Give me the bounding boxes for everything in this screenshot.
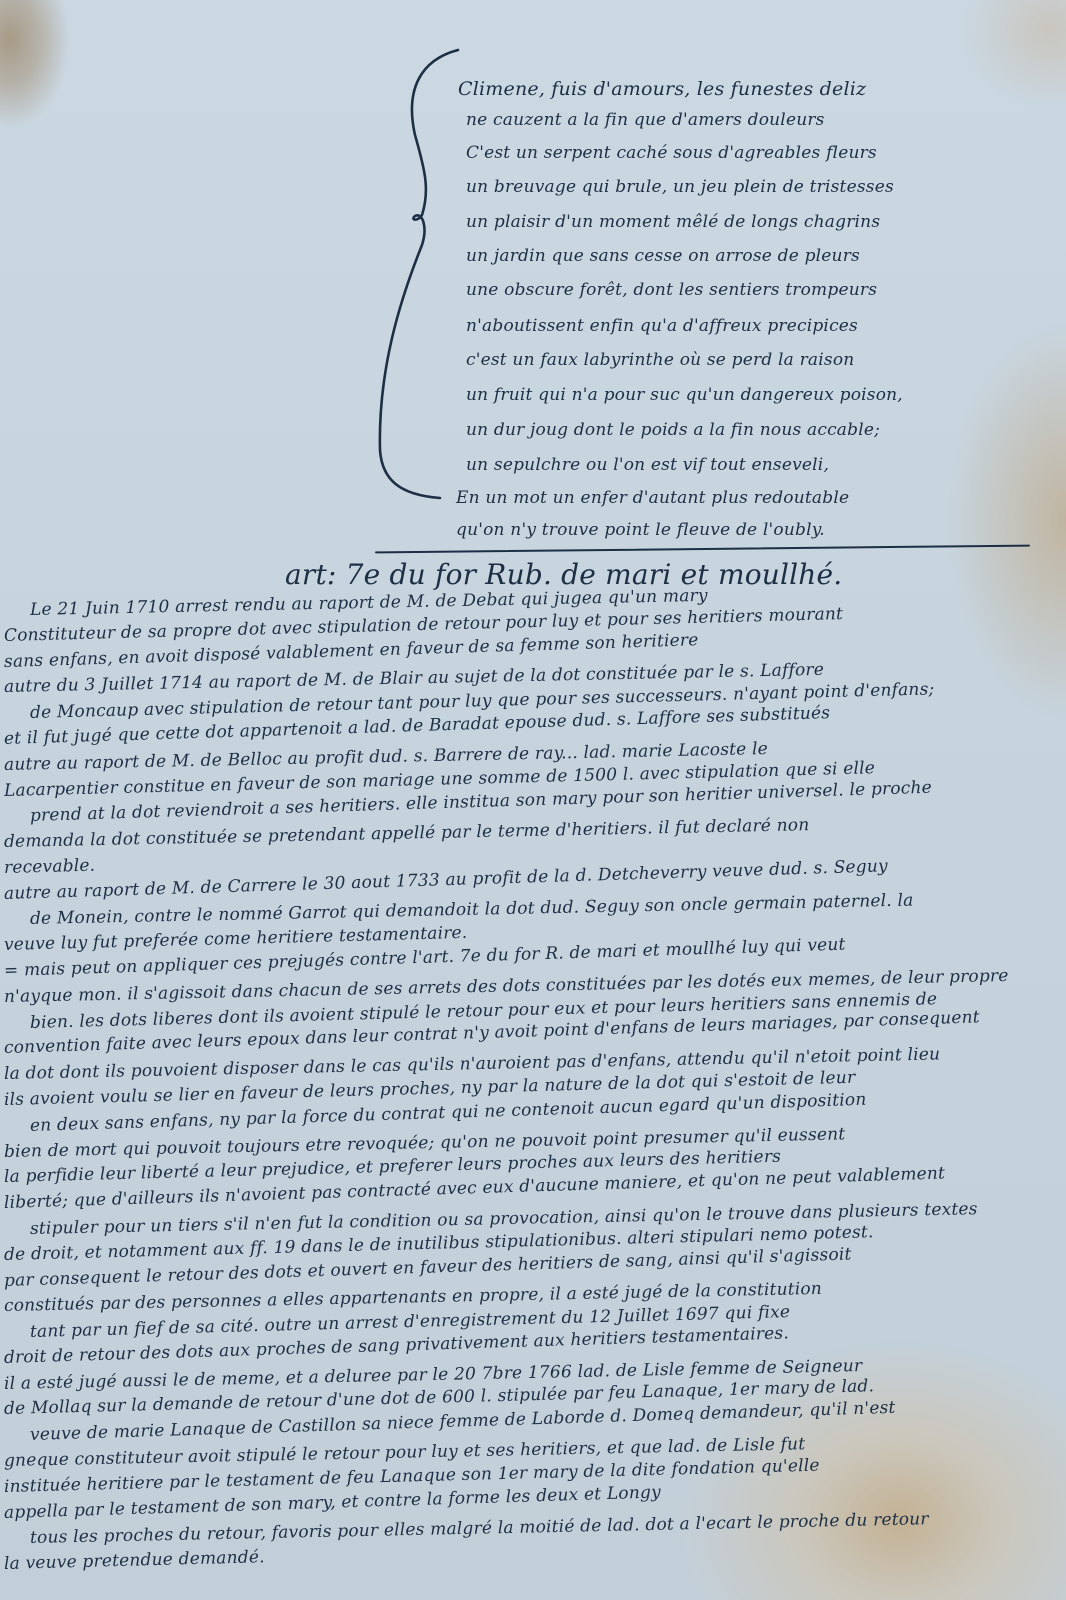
poem-line: une obscure forêt, dont les sentiers tro… xyxy=(466,280,877,300)
poem-line: C'est un serpent caché sous d'agreables … xyxy=(466,143,877,163)
poem-line: Climene, fuis d'amours, les funestes del… xyxy=(458,78,866,100)
poem-line: un plaisir d'un moment mêlé de longs cha… xyxy=(466,212,880,232)
poem-line: un breuvage qui brule, un jeu plein de t… xyxy=(466,177,894,197)
poem-line: qu'on n'y trouve point le fleuve de l'ou… xyxy=(456,520,825,540)
poem-line: ne cauzent a la fin que d'amers douleurs xyxy=(466,110,825,130)
poem-line: un dur joug dont le poids a la fin nous … xyxy=(466,420,880,440)
manuscript-page: Climene, fuis d'amours, les funestes del… xyxy=(0,0,1066,1600)
poem-line: un sepulchre ou l'on est vif tout enseve… xyxy=(466,455,829,475)
divider-rule xyxy=(375,545,1030,554)
poem-line: n'aboutissent enfin qu'a d'affreux preci… xyxy=(466,316,858,336)
poem-line: un fruit qui n'a pour suc qu'un dangereu… xyxy=(466,385,903,405)
decorative-bracket-flourish xyxy=(370,40,460,500)
poem-line: En un mot un enfer d'autant plus redouta… xyxy=(456,488,849,508)
poem-line: un jardin que sans cesse on arrose de pl… xyxy=(466,246,860,266)
poem-line: c'est un faux labyrinthe où se perd la r… xyxy=(466,350,854,370)
